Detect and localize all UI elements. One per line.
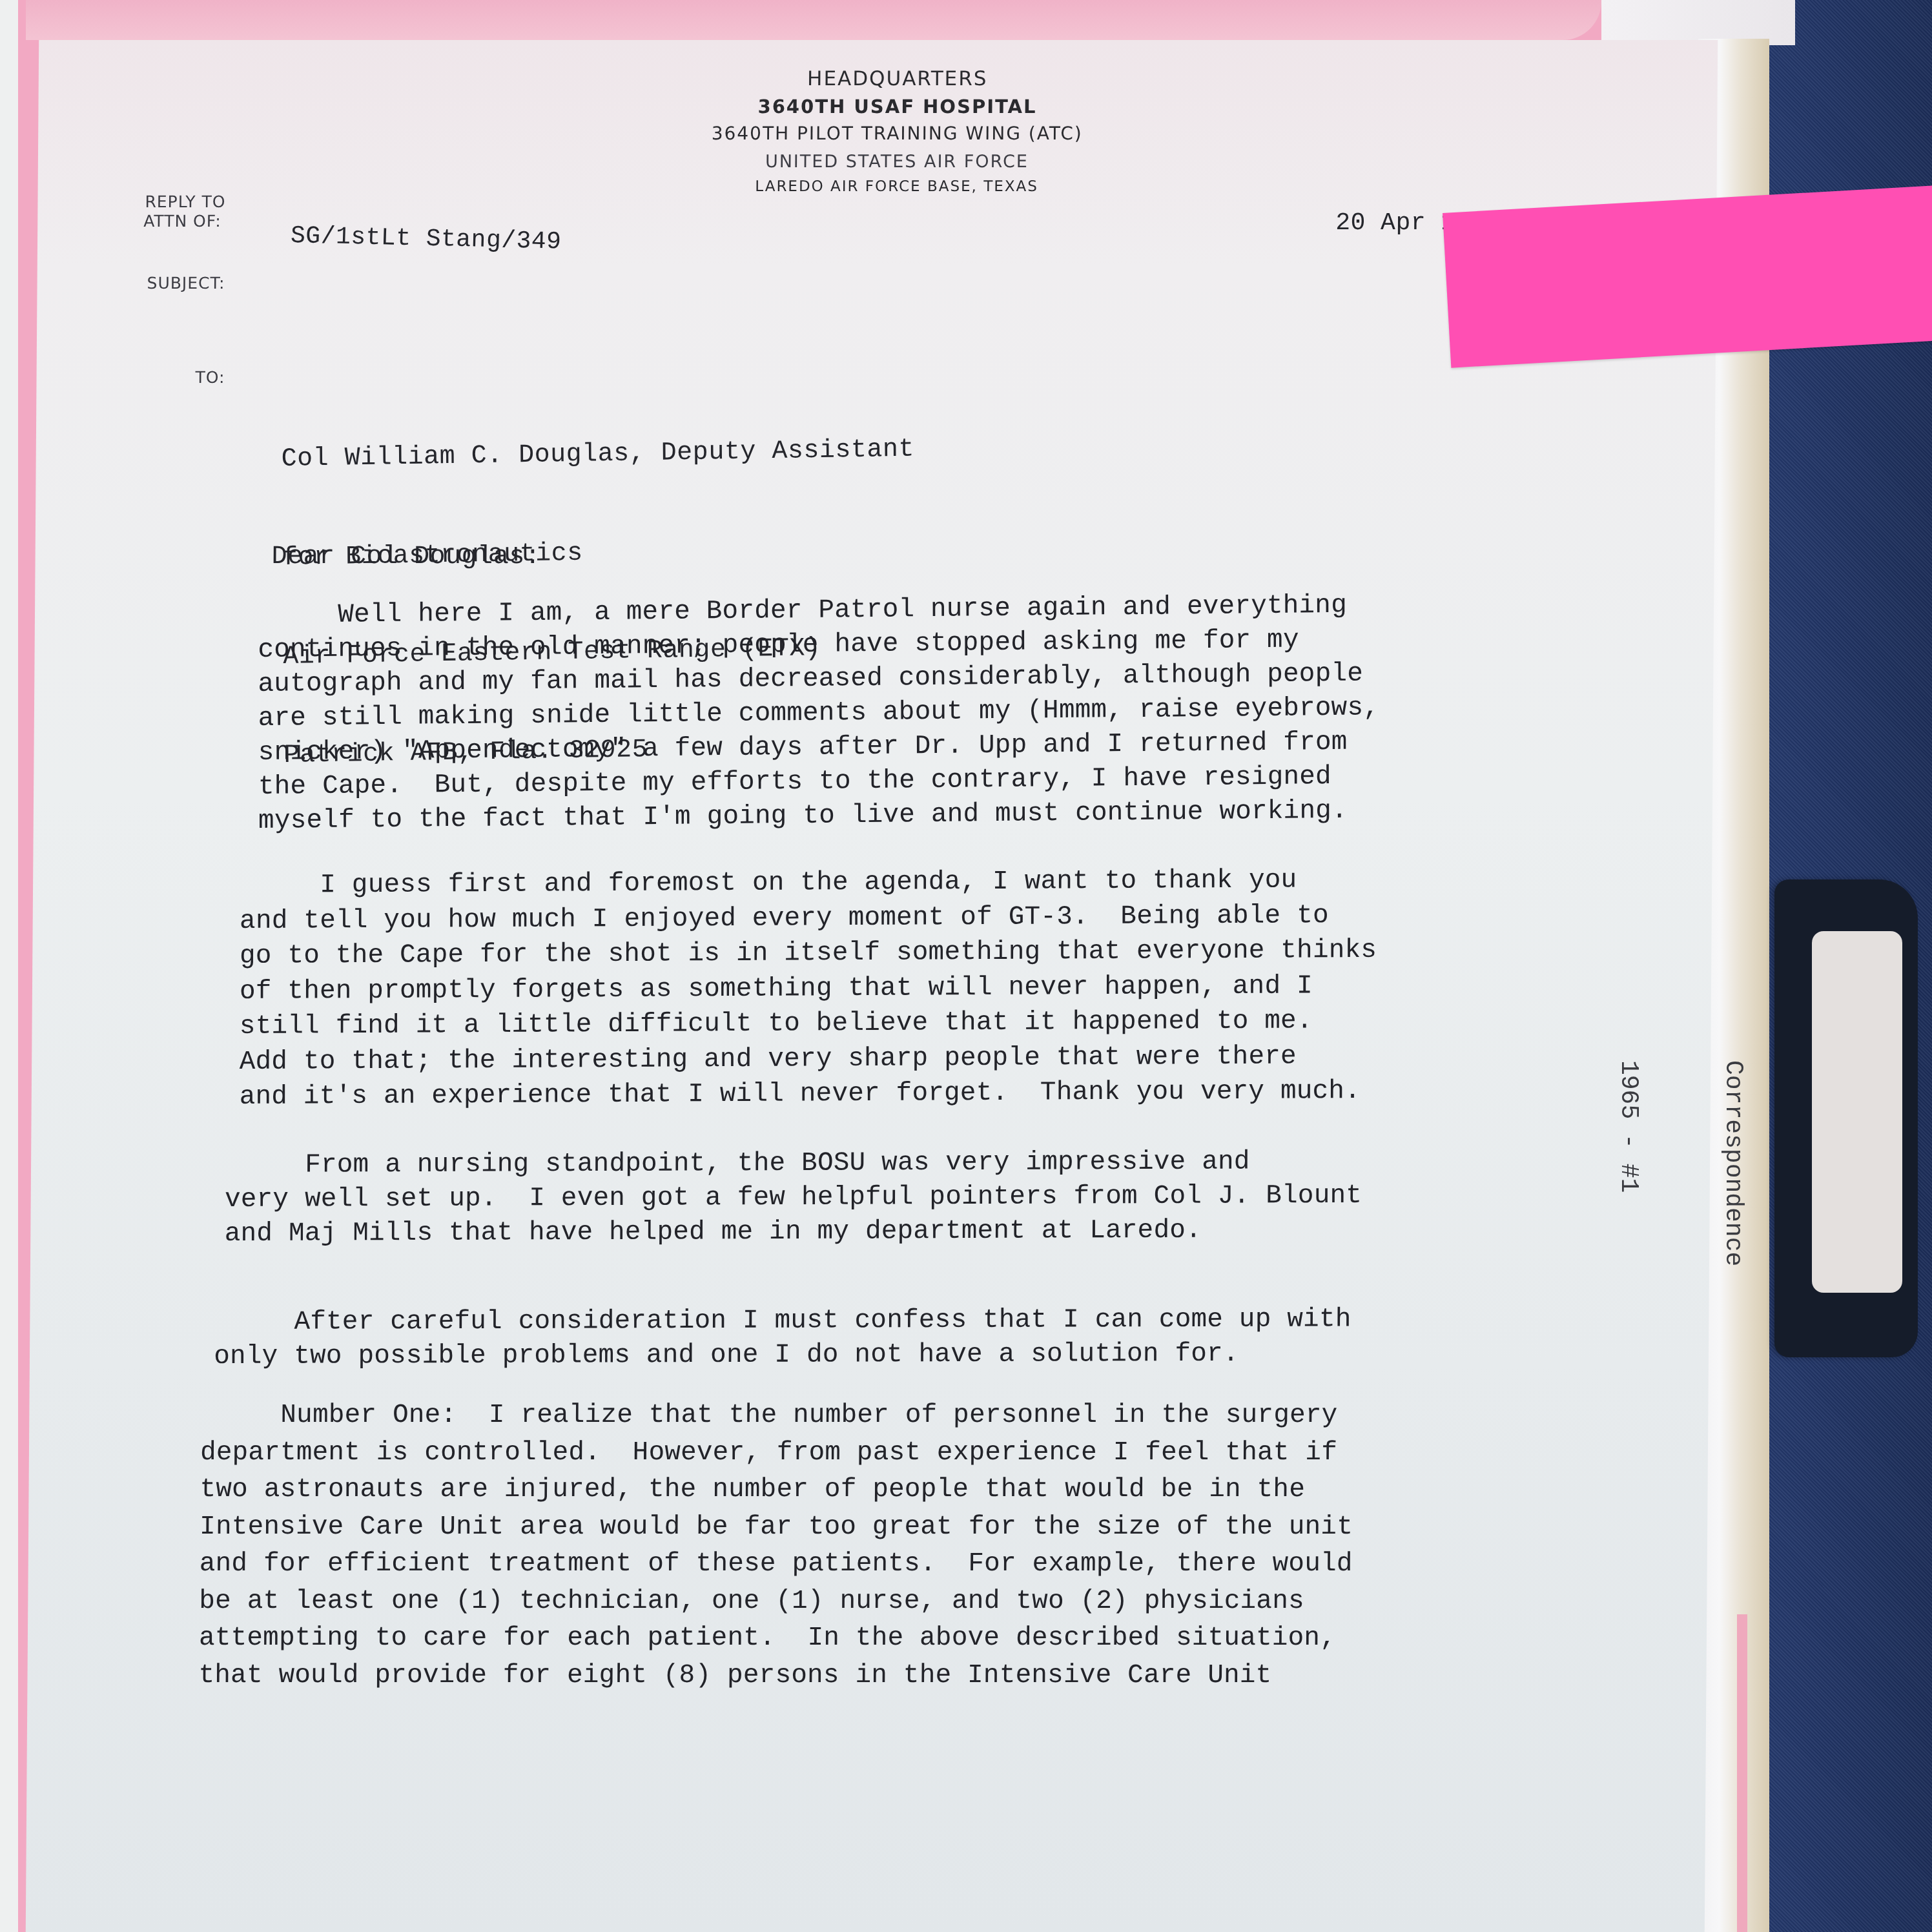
subject-label: SUBJECT: [147, 274, 225, 293]
letterhead-wing: 3640TH PILOT TRAINING WING (ATC) [38, 123, 1756, 144]
folder-edge-left [0, 0, 18, 1932]
reference-code: SG/1stLt Stang/349 [290, 222, 562, 256]
tab-label-card [1812, 931, 1902, 1293]
to-label: TO: [195, 368, 225, 387]
page-stack-pink-sheet [1737, 1614, 1747, 1932]
tab-label-subtitle: 1965 - #1 [1610, 1060, 1645, 1422]
letterhead-location: LAREDO AIR FORCE BASE, TEXAS [38, 178, 1756, 195]
sticky-flag[interactable] [1443, 185, 1932, 367]
body-paragraph: I guess first and foremost on the agenda… [240, 863, 1377, 1115]
letterhead-headquarters: HEADQUARTERS [39, 67, 1756, 90]
tab-label-text: Correspondence 1965 - #1 [1541, 1060, 1820, 1422]
body-paragraph: From a nursing standpoint, the BOSU was … [225, 1145, 1362, 1251]
letterhead-service: UNITED STATES AIR FORCE [38, 152, 1756, 172]
letterhead-hospital: 3640TH USAF HOSPITAL [38, 96, 1756, 118]
folder-page-curl-top [26, 0, 1601, 40]
attn-of-label: ATTN OF: [143, 212, 221, 231]
recipient-line: Col William C. Douglas, Deputy Assistant [281, 433, 914, 476]
salutation: Dear Col Douglas: [271, 542, 540, 571]
body-paragraph: After careful consideration I must confe… [214, 1302, 1351, 1374]
reply-to-label: REPLY TO [145, 192, 225, 211]
body-paragraph: Number One: I realize that the number of… [198, 1397, 1353, 1694]
file-divider-tab[interactable]: Correspondence 1965 - #1 [1774, 879, 1918, 1357]
body-paragraph: Well here I am, a mere Border Patrol nur… [258, 588, 1379, 839]
tab-label-title: Correspondence [1715, 1060, 1750, 1422]
